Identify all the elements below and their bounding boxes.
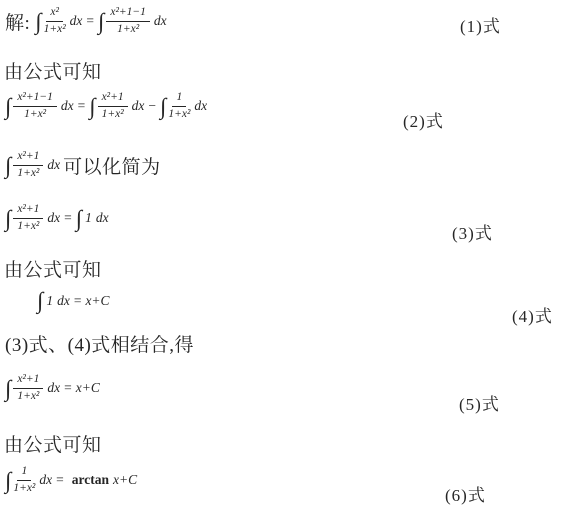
fraction: 1 1+x² [168, 91, 190, 122]
equation-label-2: (2)式 [403, 107, 444, 132]
equals-sign: = [78, 98, 86, 114]
arctan-function: arctan [72, 472, 109, 488]
equals-sign: = [74, 293, 82, 309]
differential-dx: dx [47, 210, 60, 226]
formula-6: ∫ x²+1 1+x² dx = x+C [5, 373, 100, 404]
line-combine-statement: (3)式、(4)式相结合,得 [5, 330, 194, 357]
minus-sign: − [148, 98, 156, 114]
numerator: x²+1−1 [13, 91, 57, 107]
integral-sign: ∫ [35, 10, 41, 33]
by-formula-text: 由公式可知 [4, 430, 102, 457]
integral-sign: ∫ [89, 95, 95, 118]
line-combined-result: ∫ x²+1 1+x² dx = x+C [5, 373, 100, 404]
differential-dx: dx [61, 98, 74, 114]
line-simplify-intro: ∫ x²+1 1+x² dx 可以化简为 [5, 150, 161, 181]
equals-sign: = [56, 472, 64, 488]
integral-sign: ∫ [5, 95, 11, 118]
result-x-plus-c: x+C [113, 472, 137, 488]
numerator: x²+1−1 [106, 6, 150, 22]
solve-prefix-label: 解: [5, 8, 30, 35]
integral-sign: ∫ [160, 95, 166, 118]
differential-dx: dx [96, 210, 109, 226]
numerator: x²+1 [98, 91, 128, 107]
fraction: x² 1+x² [44, 6, 66, 37]
denominator: 1+x² [13, 481, 35, 496]
denominator: 1+x² [168, 107, 190, 122]
integrand-one: 1 [46, 293, 53, 309]
differential-dx: dx [47, 157, 60, 173]
by-formula-text: 由公式可知 [4, 57, 102, 84]
fraction: x²+1 1+x² [13, 373, 43, 404]
denominator: 1+x² [17, 389, 39, 404]
formula-1: ∫ x² 1+x² dx = ∫ x²+1−1 1+x² dx [35, 6, 166, 37]
line-by-formula-1: 由公式可知 [4, 57, 102, 84]
equation-label-1: (1)式 [460, 12, 501, 37]
line-by-formula-3: 由公式可知 [4, 430, 102, 457]
equation-label-6: (6)式 [445, 481, 486, 506]
integral-sign: ∫ [5, 207, 11, 230]
result-x-plus-c: x+C [76, 380, 100, 396]
formula-5: ∫ 1 dx = x+C [37, 289, 110, 312]
fraction: x²+1−1 1+x² [13, 91, 57, 122]
differential-dx: dx [194, 98, 207, 114]
equals-sign: = [86, 13, 94, 29]
formula-3: ∫ x²+1 1+x² dx [5, 150, 60, 181]
differential-dx: dx [70, 13, 83, 29]
integral-sign: ∫ [37, 289, 43, 312]
math-solution-document: 解: ∫ x² 1+x² dx = ∫ x²+1−1 1+x² dx (1)式 … [0, 0, 582, 509]
differential-dx: dx [132, 98, 145, 114]
line-basic-integral: ∫ 1 dx = x+C [37, 289, 110, 312]
combine-text: (3)式、(4)式相结合,得 [5, 330, 194, 357]
simplify-text: 可以化简为 [63, 152, 161, 179]
numerator: x² [46, 6, 63, 22]
formula-2: ∫ x²+1−1 1+x² dx = ∫ x²+1 1+x² dx − ∫ 1 … [5, 91, 207, 122]
formula-4: ∫ x²+1 1+x² dx = ∫ 1 dx [5, 203, 109, 234]
differential-dx: dx [39, 472, 52, 488]
by-formula-text: 由公式可知 [4, 255, 102, 282]
denominator: 1+x² [102, 107, 124, 122]
equation-label-5: (5)式 [459, 390, 500, 415]
numerator: x²+1 [13, 150, 43, 166]
integral-sign: ∫ [98, 10, 104, 33]
integrand-one: 1 [85, 210, 92, 226]
denominator: 1+x² [117, 22, 139, 37]
integral-sign: ∫ [5, 154, 11, 177]
equation-label-4: (4)式 [512, 302, 553, 327]
numerator: 1 [17, 465, 31, 481]
fraction: 1 1+x² [13, 465, 35, 496]
numerator: x²+1 [13, 203, 43, 219]
fraction: x²+1 1+x² [98, 91, 128, 122]
denominator: 1+x² [44, 22, 66, 37]
denominator: 1+x² [17, 166, 39, 181]
denominator: 1+x² [24, 107, 46, 122]
equation-label-3: (3)式 [452, 219, 493, 244]
equals-sign: = [64, 210, 72, 226]
fraction: x²+1 1+x² [13, 203, 43, 234]
differential-dx: dx [154, 13, 167, 29]
fraction: x²+1 1+x² [13, 150, 43, 181]
line-by-formula-2: 由公式可知 [4, 255, 102, 282]
line-arctan-result: ∫ 1 1+x² dx = arctan x+C [5, 465, 137, 496]
differential-dx: dx [47, 380, 60, 396]
formula-7: ∫ 1 1+x² dx = arctan x+C [5, 465, 137, 496]
differential-dx: dx [57, 293, 70, 309]
denominator: 1+x² [17, 219, 39, 234]
line-simplified-step: ∫ x²+1 1+x² dx = ∫ 1 dx [5, 203, 109, 234]
numerator: 1 [172, 91, 186, 107]
result-x-plus-c: x+C [85, 293, 109, 309]
integral-sign: ∫ [5, 377, 11, 400]
integral-sign: ∫ [76, 207, 82, 230]
equals-sign: = [64, 380, 72, 396]
fraction: x²+1−1 1+x² [106, 6, 150, 37]
line-split-step: ∫ x²+1−1 1+x² dx = ∫ x²+1 1+x² dx − ∫ 1 … [5, 91, 207, 122]
integral-sign: ∫ [5, 469, 11, 492]
line-solution-step1: 解: ∫ x² 1+x² dx = ∫ x²+1−1 1+x² dx [5, 6, 167, 37]
numerator: x²+1 [13, 373, 43, 389]
